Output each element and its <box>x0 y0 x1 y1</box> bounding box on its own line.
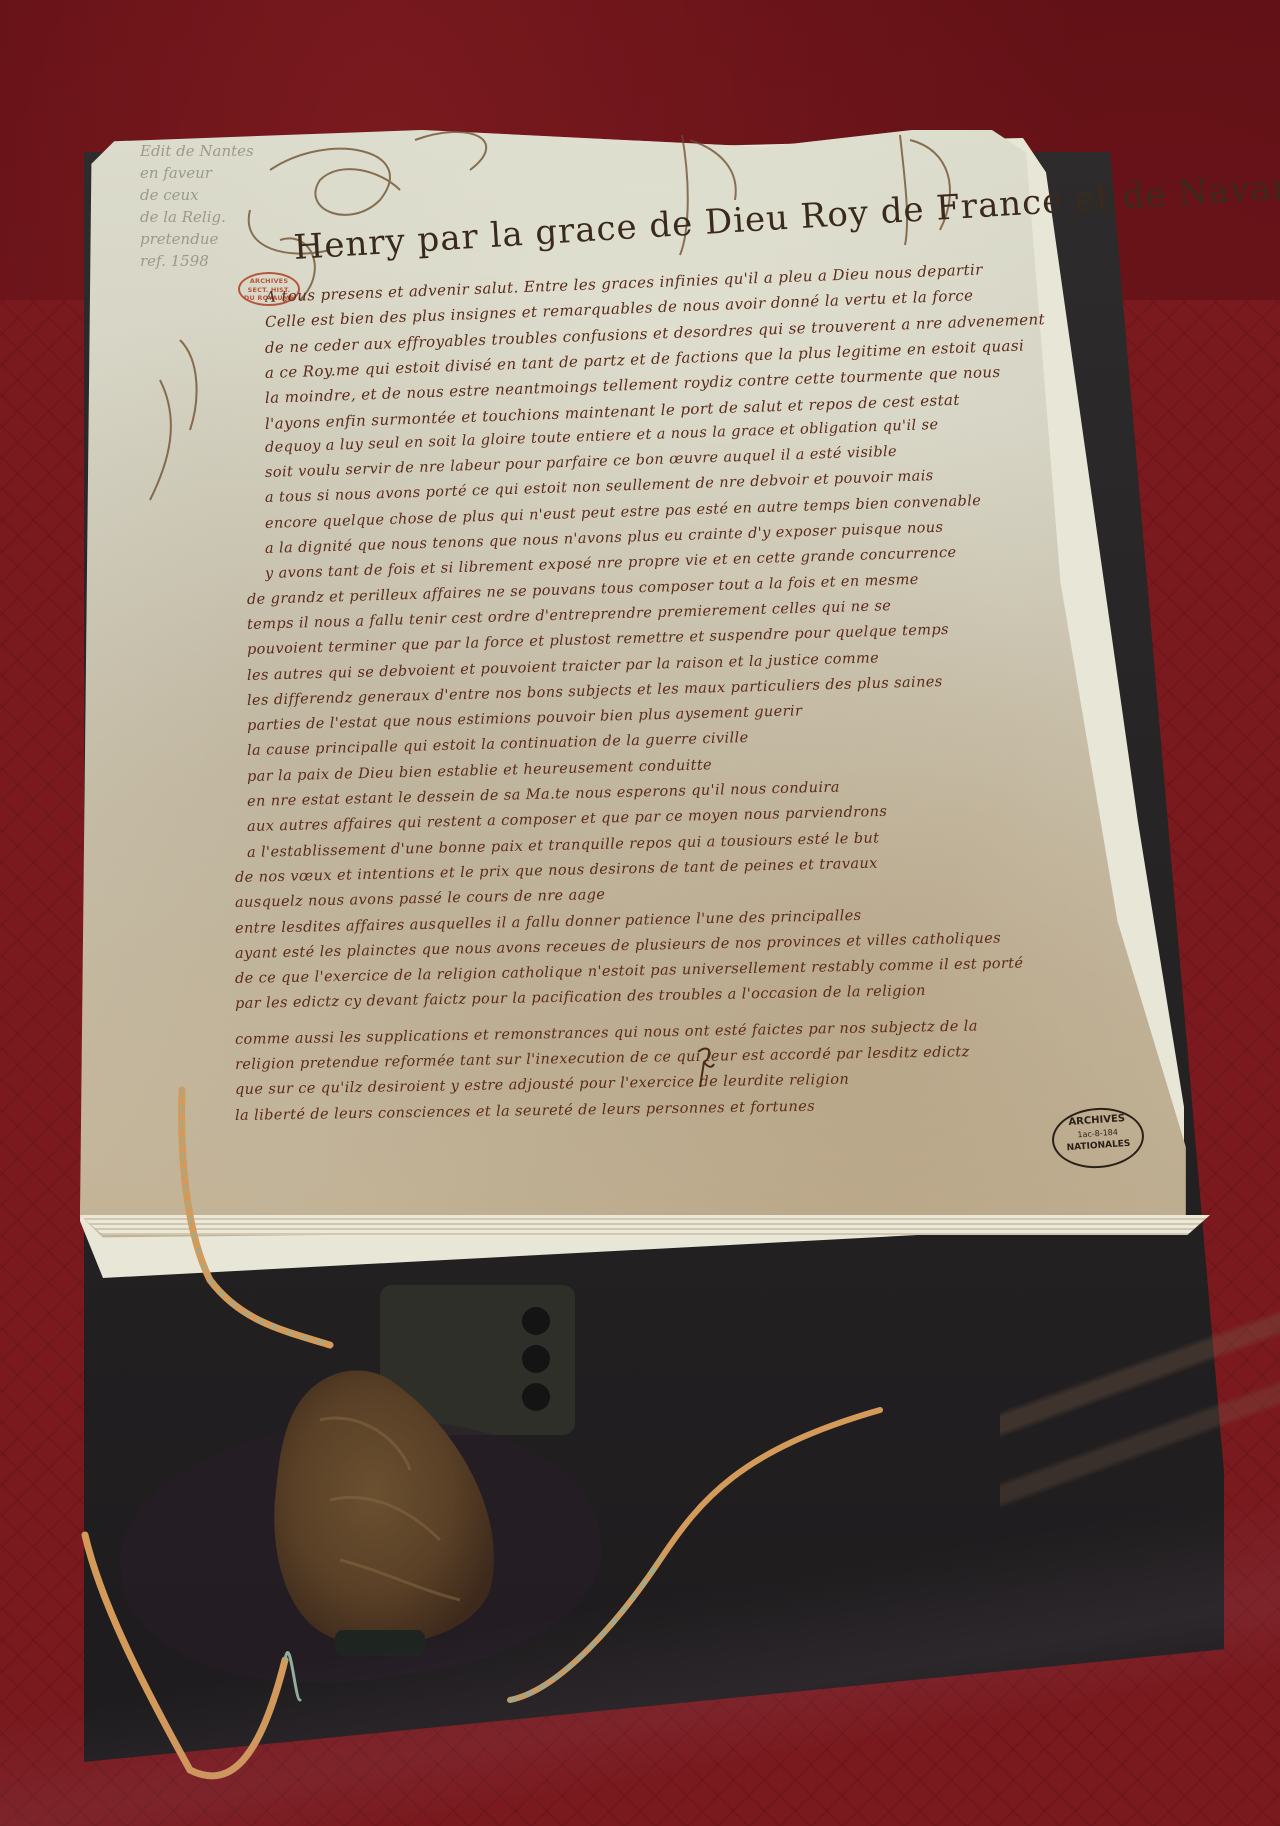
margin-note-line: en faveur <box>140 162 250 184</box>
margin-note-line: ref. 1598 <box>140 250 250 272</box>
glass-reflection <box>0 1300 1280 1826</box>
margin-annotation: Edit de Nantes en faveur de ceux de la R… <box>140 140 250 272</box>
stamp-line: NATIONALES <box>1054 1138 1142 1154</box>
margin-note-line: de la Relig. <box>140 206 250 228</box>
margin-note-line: pretendue <box>140 228 250 250</box>
margin-note-line: Edit de Nantes <box>140 140 250 162</box>
stamp-line: ARCHIVES <box>240 277 298 286</box>
paraph-signature-icon <box>690 1042 720 1092</box>
margin-note-line: de ceux <box>140 184 250 206</box>
